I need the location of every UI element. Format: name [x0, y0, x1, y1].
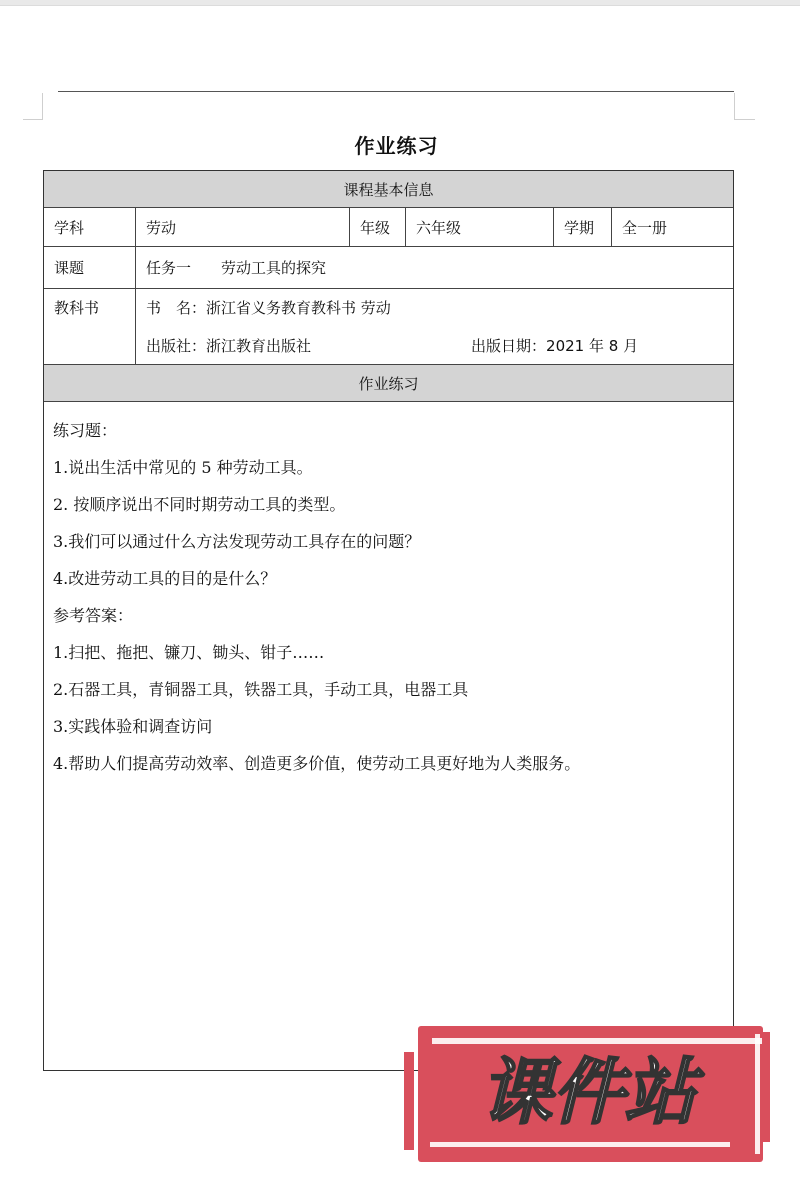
document-title: 作业练习	[0, 130, 793, 159]
course-info-table: 课程基本信息 作业练习 学科 劳动 年级 六年级 学期 全一册 课题 任务一 劳…	[43, 170, 734, 1071]
watermark-text: 课件站	[480, 1050, 705, 1134]
term-label: 学期	[554, 208, 611, 246]
stamp-frame-icon: 课件站	[400, 1014, 770, 1169]
pub-date-label: 出版日期：	[471, 335, 546, 356]
section-header-course-info: 课程基本信息	[44, 171, 733, 207]
row-divider	[44, 364, 733, 365]
textbook-publisher: 出版社： 浙江教育出版社 出版日期： 2021 年 8 月	[136, 326, 733, 364]
publisher-value: 浙江教育出版社	[206, 335, 311, 356]
page-header-rule	[58, 91, 734, 92]
topic-label: 课题	[44, 247, 135, 288]
section-header-label: 课程基本信息	[44, 171, 733, 207]
answer-item: 2.石器工具，青铜器工具，铁器工具，手动工具，电器工具	[53, 671, 723, 708]
subject-value: 劳动	[136, 208, 349, 246]
topic-task-number: 任务一	[146, 257, 191, 278]
book-name-label: 书 名：	[146, 297, 206, 318]
question-item: 2. 按顺序说出不同时期劳动工具的类型。	[53, 486, 723, 523]
grade-value: 六年级	[406, 208, 553, 246]
answers-heading: 参考答案：	[53, 597, 723, 634]
answer-item: 4.帮助人们提高劳动效率、创造更多价值，使劳动工具更好地为人类服务。	[53, 745, 723, 782]
margin-corner-mark-right	[734, 93, 755, 120]
exercises-heading: 练习题：	[53, 412, 723, 449]
answer-item: 1.扫把、拖把、镰刀、锄头、钳子……	[53, 634, 723, 671]
watermark-stamp: 课件站	[400, 1014, 770, 1169]
answer-item: 3.实践体验和调查访问	[53, 708, 723, 745]
term-value: 全一册	[612, 208, 733, 246]
section-header-homework: 作业练习	[44, 365, 733, 401]
grade-label: 年级	[350, 208, 405, 246]
subject-label: 学科	[44, 208, 135, 246]
row-divider	[44, 401, 733, 402]
topic-value: 任务一 劳动工具的探究	[136, 247, 733, 288]
book-name-value: 浙江省义务教育教科书 劳动	[206, 297, 391, 318]
textbook-label: 教科书	[44, 289, 135, 325]
question-item: 3.我们可以通过什么方法发现劳动工具存在的问题？	[53, 523, 723, 560]
pub-date-value: 2021 年 8 月	[546, 335, 638, 356]
window-top-strip	[0, 0, 800, 6]
section-header-label: 作业练习	[44, 365, 733, 401]
margin-corner-mark-left	[23, 93, 43, 120]
publisher-label: 出版社：	[146, 335, 206, 356]
topic-task-title: 劳动工具的探究	[221, 257, 326, 278]
question-item: 4.改进劳动工具的目的是什么？	[53, 560, 723, 597]
textbook-name: 书 名： 浙江省义务教育教科书 劳动	[136, 289, 733, 325]
homework-content: 练习题： 1.说出生活中常见的 5 种劳动工具。 2. 按顺序说出不同时期劳动工…	[53, 412, 723, 782]
question-item: 1.说出生活中常见的 5 种劳动工具。	[53, 449, 723, 486]
